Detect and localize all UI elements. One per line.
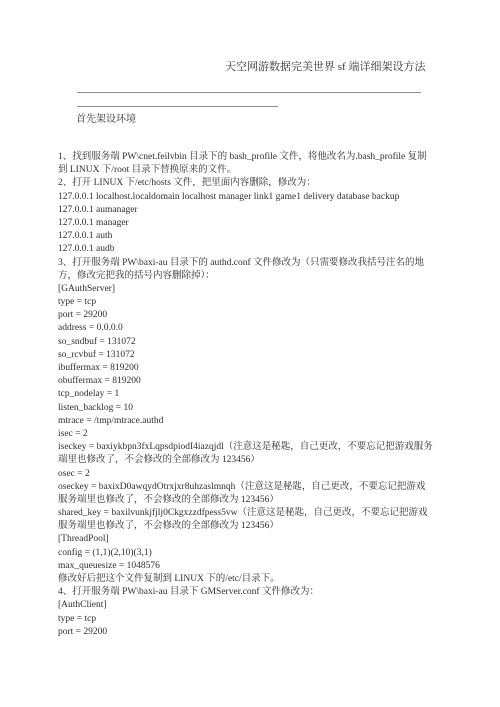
document-body: 1、找到服务端 PW\cnet.feilvbin 目录下的 bash_profi…: [58, 151, 442, 639]
document-line: 1、找到服务端 PW\cnet.feilvbin 目录下的 bash_profi…: [58, 151, 442, 164]
document-line: isec = 2: [58, 428, 442, 441]
document-line: 方，修改完把我的括号内容删除掉）：: [58, 270, 442, 283]
document-line: 127.0.0.1 audb: [58, 243, 442, 256]
document-line: address = 0.0.0.0: [58, 322, 442, 335]
document-line: max_queuesize = 1048576: [58, 560, 442, 573]
document-line: [GAuthServer]: [58, 283, 442, 296]
document-line: 3、打开服务端 PW\baxi-au 目录下的 authd.conf 文件修改为…: [58, 257, 442, 270]
document-line: port = 29200: [58, 626, 442, 639]
document-line: 127.0.0.1 localhost.localdomain localhos…: [58, 191, 442, 204]
document-line: mtrace = /tmp/mtrace.authd: [58, 415, 442, 428]
document-line: listen_backlog = 10: [58, 402, 442, 415]
document-title: 天空网游数据完美世界 sf 端详细架设方法: [225, 60, 425, 74]
document-line: 127.0.0.1 auth: [58, 230, 442, 243]
document-line: 端里也修改了，不会修改的全部修改为 123456）: [58, 454, 442, 467]
divider-line-long: [77, 92, 421, 93]
document-line: osec = 2: [58, 468, 442, 481]
document-page: 天空网游数据完美世界 sf 端详细架设方法 首先架设环境 1、找到服务端 PW\…: [0, 0, 500, 707]
document-line: 服务端里也修改了，不会修改的全部修改为 123456）: [58, 494, 442, 507]
document-line: 修改好后把这个文件复制到 LINUX 下的/etc/目录下。: [58, 573, 442, 586]
document-line: type = tcp: [58, 296, 442, 309]
document-line: so_sndbuf = 131072: [58, 336, 442, 349]
document-line: iseckey = baxiykbpn3fxLqpsdpiodI4iazqjdl…: [58, 441, 442, 454]
divider-line-short: [77, 106, 278, 107]
document-line: 127.0.0.1 manager: [58, 217, 442, 230]
document-line: 2、打开 LINUX 下/etc/hosts 文件，把里面内容删除，修改为：: [58, 177, 442, 190]
document-line: tcp_nodelay = 1: [58, 388, 442, 401]
document-line: 到 LINUX 下/root 目录下替换原来的文件。: [58, 164, 442, 177]
document-line: so_rcvbuf = 131072: [58, 349, 442, 362]
document-line: 服务端里也修改了，不会修改的全部修改为 123456）: [58, 520, 442, 533]
document-line: shared_key = baxilvunkjfjlj0Ckgxzzdfpess…: [58, 507, 442, 520]
section-heading: 首先架设环境: [76, 113, 136, 126]
document-line: ibuffermax = 819200: [58, 362, 442, 375]
document-line: 4、打开服务端 PW\baxi-au 目录下 GMServer.conf 文件修…: [58, 586, 442, 599]
document-line: 127.0.0.1 aumanager: [58, 204, 442, 217]
document-line: oseckey = baxixD0awqydOtrxjxr8uhzaslmnqh…: [58, 481, 442, 494]
document-line: [ThreadPool]: [58, 533, 442, 546]
document-line: type = tcp: [58, 613, 442, 626]
document-line: config = (1,1)(2,10)(3,1): [58, 547, 442, 560]
document-line: [AuthClient]: [58, 599, 442, 612]
document-line: port = 29200: [58, 309, 442, 322]
document-line: obuffermax = 819200: [58, 375, 442, 388]
